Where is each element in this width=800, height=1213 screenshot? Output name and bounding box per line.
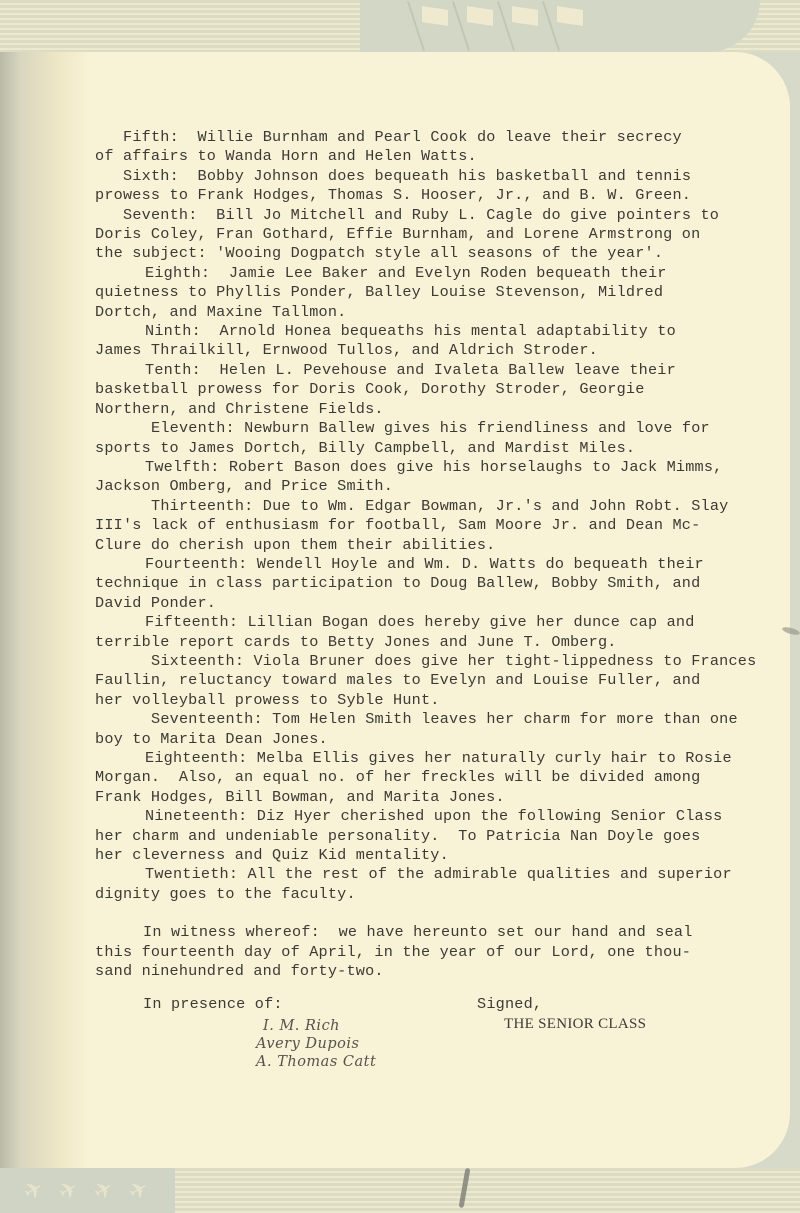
signed-label: Signed,	[477, 995, 542, 1014]
clause-ordinal: Fifteenth:	[145, 613, 238, 631]
clause-fifth: Fifth: Willie Burnham and Pearl Cook do …	[95, 128, 765, 167]
witness-signature: A. Thomas Catt	[256, 1053, 376, 1072]
witness-signature: Avery Dupois	[256, 1035, 359, 1054]
signature-section: In presence of: Signed, THE SENIOR CLASS…	[95, 995, 765, 1085]
clause-ordinal: Eleventh:	[151, 419, 235, 437]
clause-sixteenth: Sixteenth: Viola Bruner does give her ti…	[95, 652, 765, 710]
clause-seventh: Seventh: Bill Jo Mitchell and Ruby L. Ca…	[95, 206, 765, 264]
clause-ordinal: Twelfth:	[145, 458, 220, 476]
clause-seventeenth: Seventeenth: Tom Helen Smith leaves her …	[95, 710, 765, 749]
flag-icon	[557, 6, 583, 26]
clause-ordinal: Sixth:	[123, 167, 179, 185]
clause-eighteenth: Eighteenth: Melba Ellis gives her natura…	[95, 749, 765, 807]
clause-fifteenth: Fifteenth: Lillian Bogan does hereby giv…	[95, 613, 765, 652]
binding-shadow	[0, 52, 90, 1168]
flag-icon	[512, 6, 538, 26]
clause-tenth: Tenth: Helen L. Pevehouse and Ivaleta Ba…	[95, 361, 765, 419]
airplane-icon: ✈	[19, 1173, 50, 1208]
clause-ordinal: Twentieth:	[145, 865, 238, 883]
witness-clause: In witness whereof: we have hereunto set…	[95, 923, 765, 981]
flags-illustration	[360, 0, 760, 52]
clause-sixth: Sixth: Bobby Johnson does bequeath his b…	[95, 167, 765, 206]
clause-eleventh: Eleventh: Newburn Ballew gives his frien…	[95, 419, 765, 458]
flag-icon	[467, 6, 493, 26]
clause-thirteenth: Thirteenth: Due to Wm. Edgar Bowman, Jr.…	[95, 497, 765, 555]
clause-ordinal: Seventh:	[123, 206, 198, 224]
clause-ordinal: Ninth:	[145, 322, 201, 340]
clause-twentieth: Twentieth: All the rest of the admirable…	[95, 865, 765, 904]
airplane-icon: ✈	[54, 1173, 85, 1208]
clause-ordinal: Fifth:	[123, 128, 179, 146]
clause-twelfth: Twelfth: Robert Bason does give his hors…	[95, 458, 765, 497]
bottom-decorative-border: ✈ ✈ ✈ ✈	[0, 1168, 800, 1213]
clause-ordinal: Seventeenth:	[151, 710, 263, 728]
clause-ordinal: Eighteenth:	[145, 749, 247, 767]
witness-signature: I. M. Rich	[263, 1017, 340, 1036]
clause-ordinal: Tenth:	[145, 361, 201, 379]
airplanes-illustration: ✈ ✈ ✈ ✈	[0, 1168, 175, 1213]
clause-ordinal: Nineteenth:	[145, 807, 247, 825]
flag-icon	[422, 6, 448, 26]
airplane-icon: ✈	[124, 1173, 155, 1208]
top-decorative-border	[0, 0, 800, 52]
clause-ordinal: Thirteenth:	[151, 497, 253, 515]
clause-ordinal: Fourteenth:	[145, 555, 247, 573]
signed-by: THE SENIOR CLASS	[504, 1015, 646, 1034]
clause-ordinal: Eighth:	[145, 264, 210, 282]
clause-ninth: Ninth: Arnold Honea bequeaths his mental…	[95, 322, 765, 361]
airplane-icon: ✈	[89, 1173, 120, 1208]
clause-fourteenth: Fourteenth: Wendell Hoyle and Wm. D. Wat…	[95, 555, 765, 613]
clause-eighth: Eighth: Jamie Lee Baker and Evelyn Roden…	[95, 264, 765, 322]
clause-nineteenth: Nineteenth: Diz Hyer cherished upon the …	[95, 807, 765, 865]
will-text: Fifth: Willie Burnham and Pearl Cook do …	[95, 128, 765, 1085]
clause-ordinal: Sixteenth:	[151, 652, 244, 670]
presence-label: In presence of:	[143, 995, 283, 1014]
